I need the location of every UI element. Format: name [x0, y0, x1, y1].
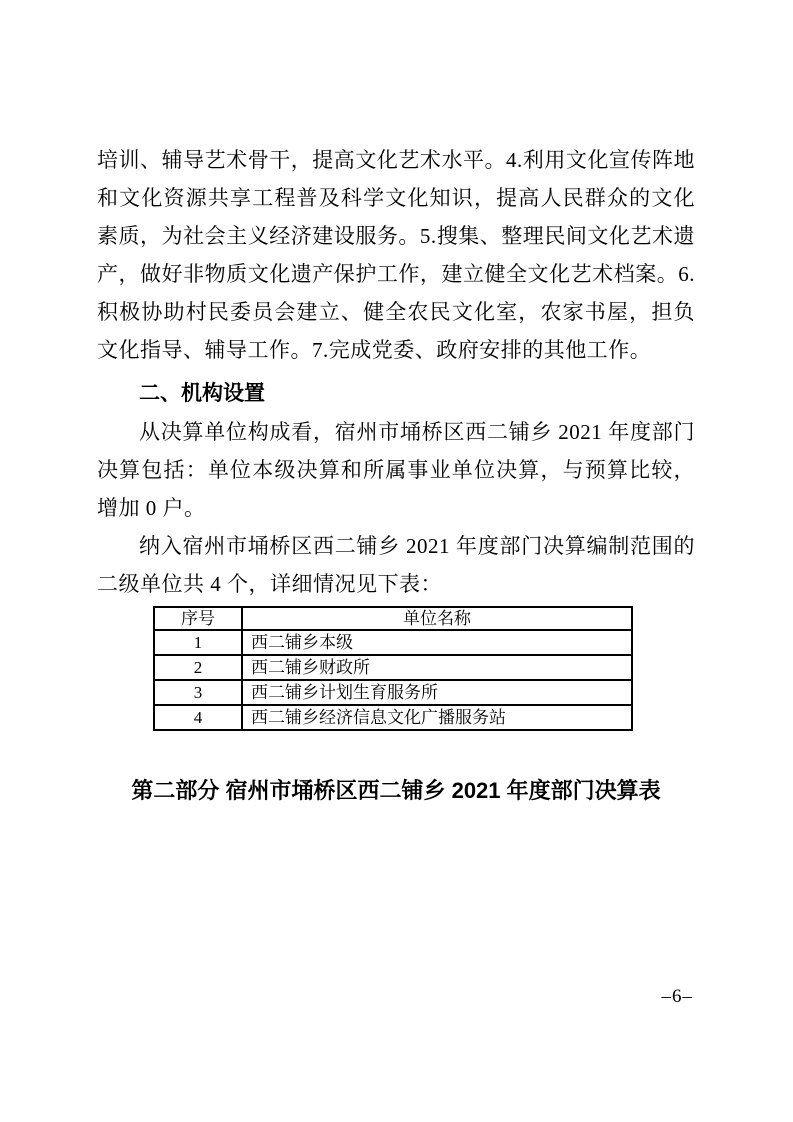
paragraph-continuation: 培训、辅导艺术骨干，提高文化艺术水平。4.利用文化宣传阵地和文化资源共享工程普及…	[97, 141, 695, 369]
unit-seq-cell: 1	[154, 630, 242, 655]
units-table-row: 1西二铺乡本级	[154, 630, 632, 655]
document-page: 培训、辅导艺术骨干，提高文化艺术水平。4.利用文化宣传阵地和文化资源共享工程普及…	[0, 0, 793, 1122]
units-table-header-name: 单位名称	[242, 607, 632, 630]
units-table-header-row: 序号 单位名称	[154, 607, 632, 630]
unit-name-cell: 西二铺乡财政所	[242, 655, 632, 680]
section-heading-organization-setup: 二、机构设置	[97, 375, 695, 413]
unit-name-cell: 西二铺乡经济信息文化广播服务站	[242, 705, 632, 730]
paragraph-org-overview: 从决算单位构成看，宿州市埇桥区西二铺乡 2021 年度部门决算包括：单位本级决算…	[97, 413, 695, 527]
part-two-heading: 第二部分 宿州市埇桥区西二铺乡 2021 年度部门决算表	[97, 776, 695, 806]
page-number: –6–	[662, 986, 694, 1008]
units-table-row: 2西二铺乡财政所	[154, 655, 632, 680]
units-table-row: 4西二铺乡经济信息文化广播服务站	[154, 705, 632, 730]
unit-seq-cell: 3	[154, 680, 242, 705]
units-table-body: 1西二铺乡本级2西二铺乡财政所3西二铺乡计划生育服务所4西二铺乡经济信息文化广播…	[154, 630, 632, 730]
unit-seq-cell: 4	[154, 705, 242, 730]
units-table-header-seq: 序号	[154, 607, 242, 630]
paragraph-units-intro: 纳入宿州市埇桥区西二铺乡 2021 年度部门决算编制范围的二级单位共 4 个，详…	[97, 527, 695, 603]
unit-name-cell: 西二铺乡计划生育服务所	[242, 680, 632, 705]
unit-seq-cell: 2	[154, 655, 242, 680]
unit-name-cell: 西二铺乡本级	[242, 630, 632, 655]
units-table: 序号 单位名称 1西二铺乡本级2西二铺乡财政所3西二铺乡计划生育服务所4西二铺乡…	[153, 606, 633, 731]
page-content: 培训、辅导艺术骨干，提高文化艺术水平。4.利用文化宣传阵地和文化资源共享工程普及…	[97, 0, 695, 806]
units-table-row: 3西二铺乡计划生育服务所	[154, 680, 632, 705]
